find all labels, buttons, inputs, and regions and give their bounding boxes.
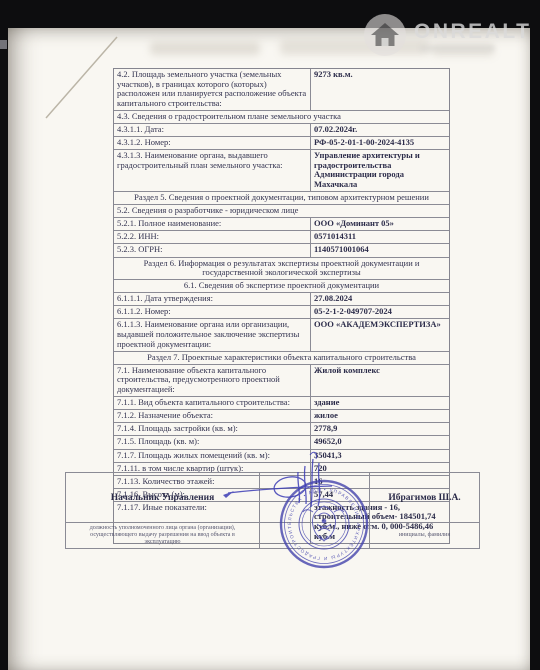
stamp-ring-text: • УПРАВЛЕНИЕ АРХИТЕКТУРЫ И ГРАДОСТРОИТЕЛ…: [0, 0, 361, 561]
stamp-crest: [303, 506, 344, 541]
svg-text:• УПРАВЛЕНИЕ АРХИТЕКТУРЫ И ГРА: • УПРАВЛЕНИЕ АРХИТЕКТУРЫ И ГРАДОСТРОИТЕЛ…: [0, 0, 361, 561]
scanned-document-photo: ONREALT 4.2. Площадь земельного участка …: [0, 0, 540, 670]
handwritten-signature: [223, 452, 332, 507]
official-stamp: • УПРАВЛЕНИЕ АРХИТЕКТУРЫ И ГРАДОСТРОИТЕЛ…: [0, 0, 540, 670]
